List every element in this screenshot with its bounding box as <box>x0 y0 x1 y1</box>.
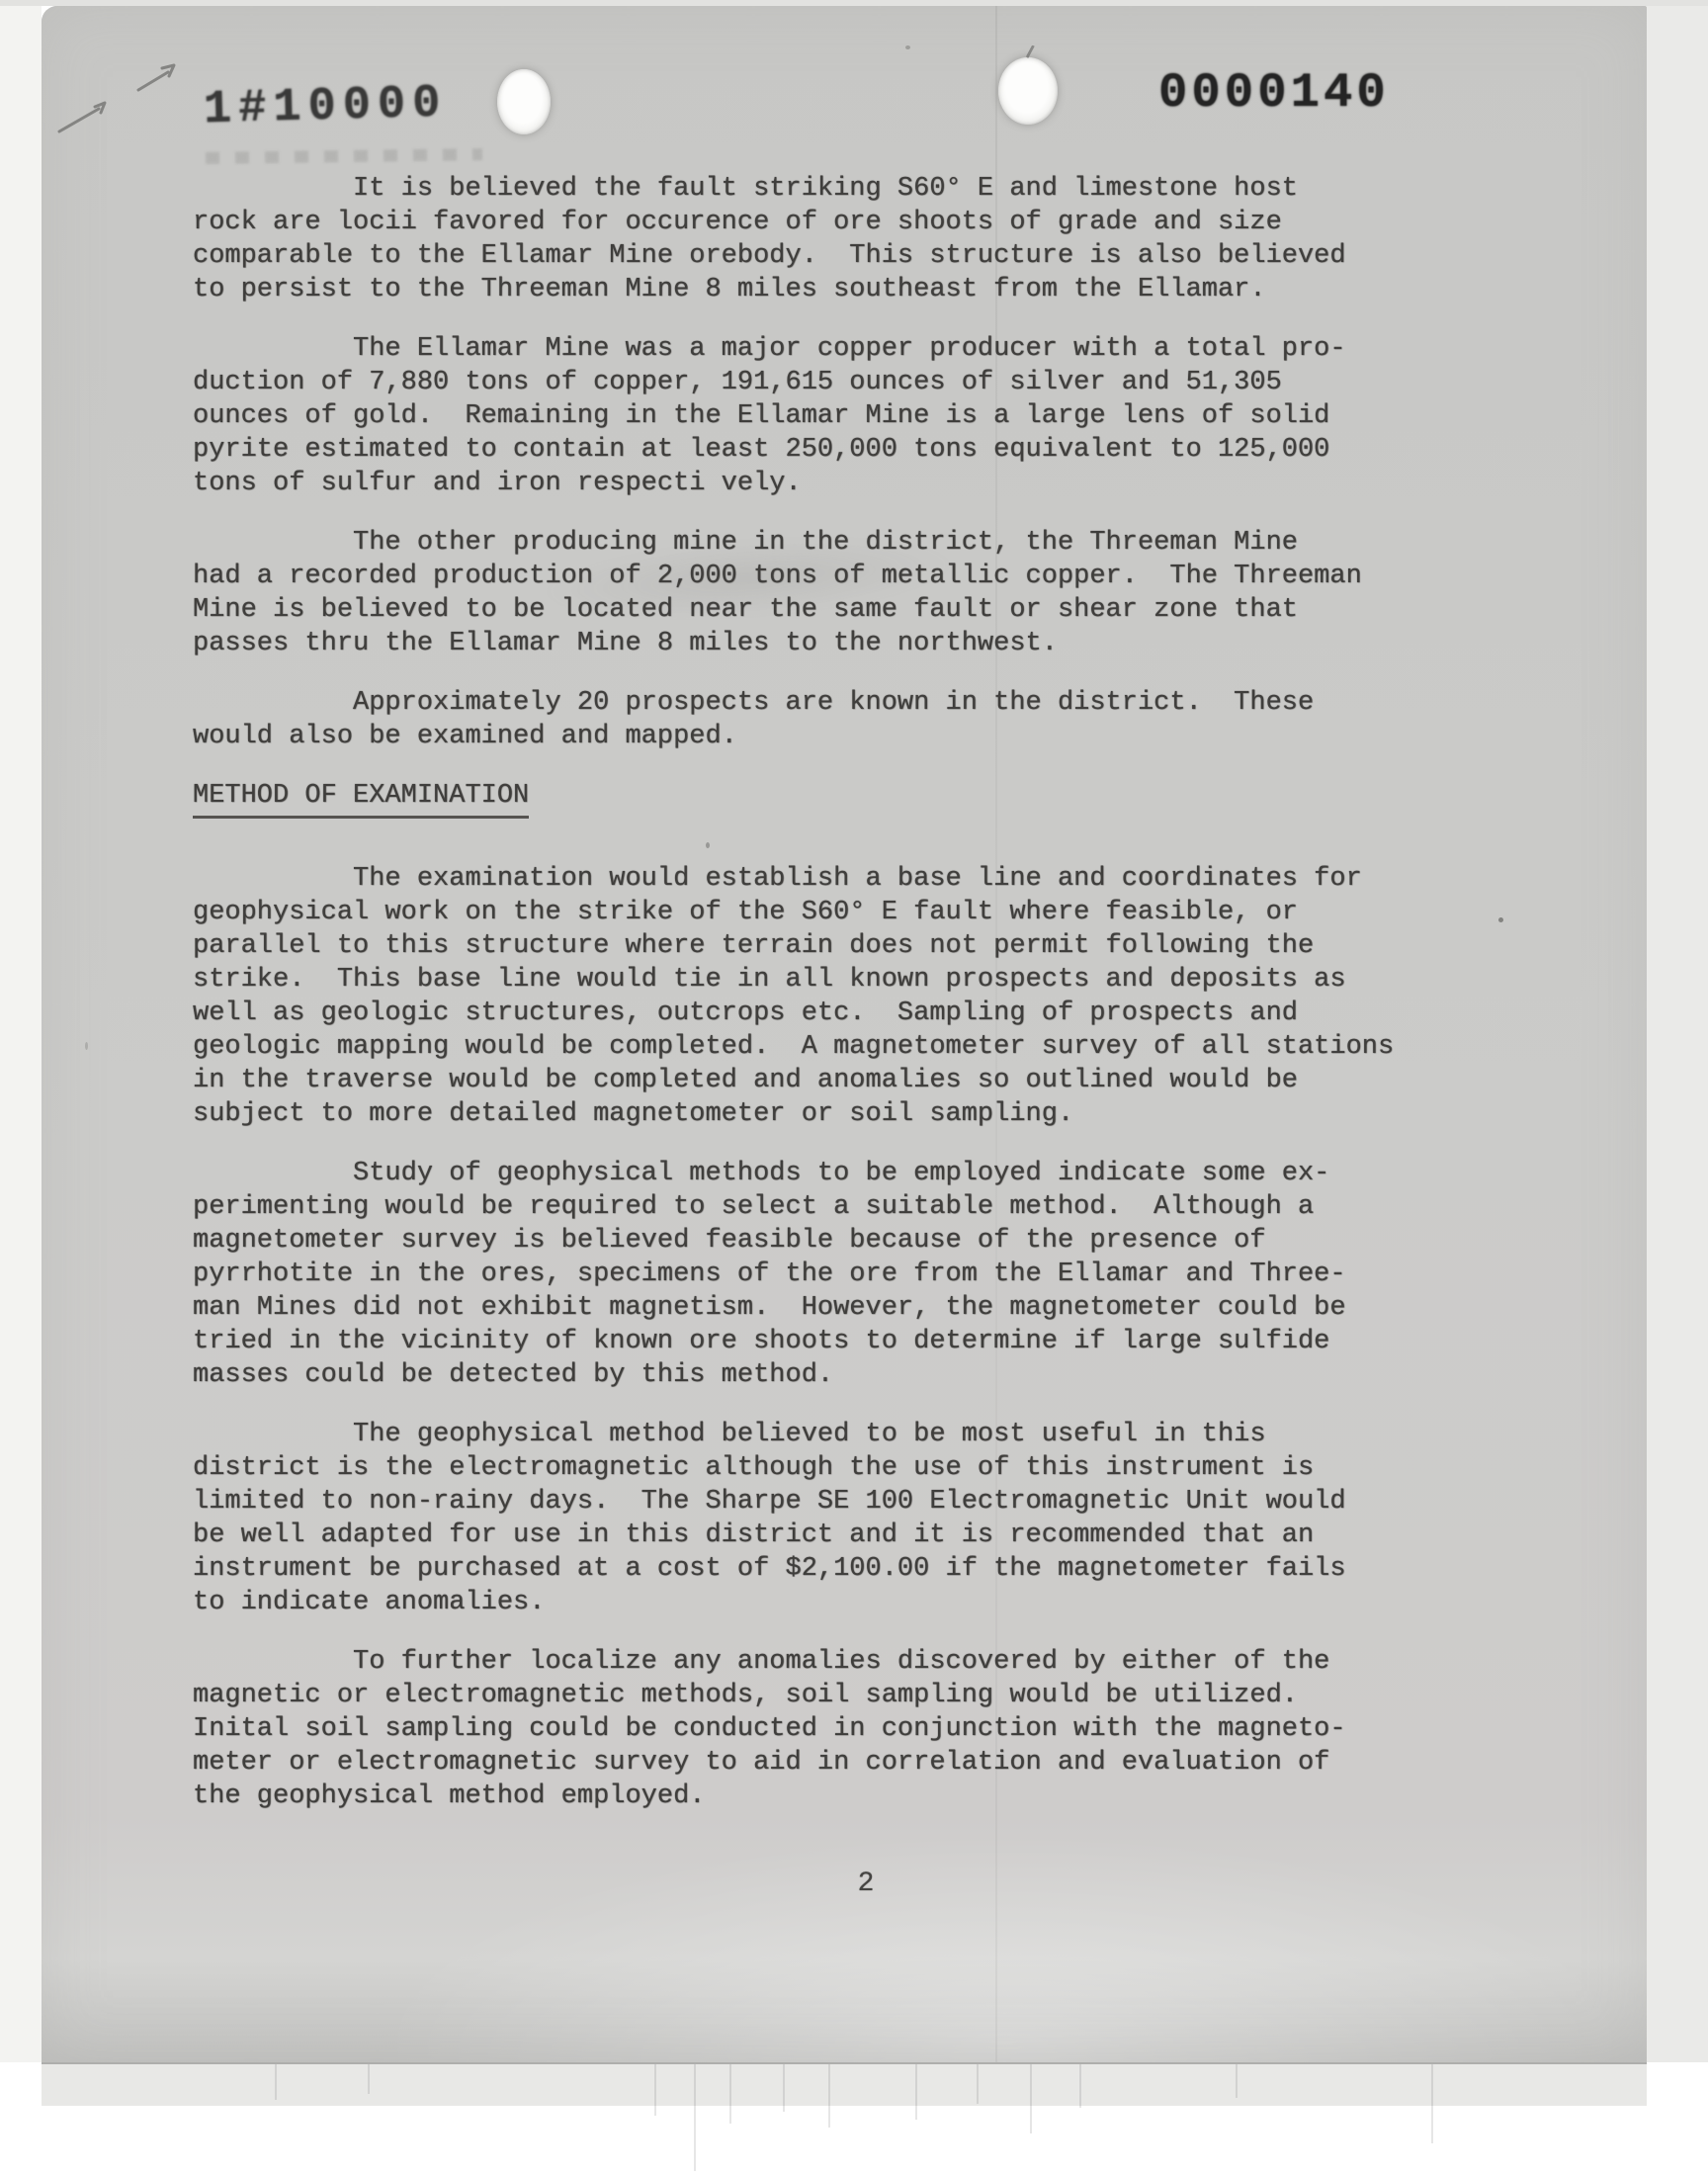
dust-speck <box>1498 917 1503 922</box>
punch-hole-left <box>497 69 551 134</box>
scan-streak <box>828 2064 830 2128</box>
paragraph-prospects: Approximately 20 prospects are known in … <box>193 686 1478 753</box>
scanner-margin-left <box>0 0 42 2175</box>
paragraph-soil-sampling: To further localize any anomalies discov… <box>193 1645 1478 1813</box>
scanner-margin-right <box>1647 0 1708 2175</box>
typed-text-column: It is believed the fault striking S60° E… <box>193 172 1478 1839</box>
scan-streak <box>1079 2064 1081 2108</box>
paragraph-geophysical-study: Study of geophysical methods to be emplo… <box>193 1157 1478 1392</box>
stamp-top-left: 1#10000 <box>203 78 448 137</box>
section-heading-method-of-examination: METHOD OF EXAMINATION <box>193 779 1478 819</box>
scan-streak <box>915 2064 917 2120</box>
scan-streak <box>1030 2064 1032 2133</box>
scan-streak <box>275 2064 277 2100</box>
scan-streak <box>654 2064 656 2116</box>
dust-speck <box>905 45 910 49</box>
punch-hole-right <box>998 57 1058 125</box>
paragraph-ellamar-production: The Ellamar Mine was a major copper prod… <box>193 332 1478 500</box>
scan-streak <box>368 2064 370 2094</box>
scan-streak <box>1431 2064 1433 2143</box>
scan-streak <box>1236 2064 1238 2098</box>
paragraph-examination-baseline: The examination would establish a base l… <box>193 862 1478 1131</box>
scanned-document-page: 1#10000 0000140 It is believed the fault… <box>0 0 1708 2175</box>
dust-speck <box>85 1042 88 1050</box>
pencil-scribble-mark <box>51 54 210 153</box>
paragraph-fault-strike: It is believed the fault striking S60° E… <box>193 172 1478 306</box>
scan-streak <box>783 2064 785 2112</box>
paper-bottom-shadow-band <box>42 2062 1647 2106</box>
scan-streak <box>729 2064 731 2124</box>
paragraph-threeman-mine: The other producing mine in the district… <box>193 526 1478 660</box>
heading-underlined-text: METHOD OF EXAMINATION <box>193 779 529 819</box>
paragraph-electromagnetic-unit: The geophysical method believed to be mo… <box>193 1418 1478 1619</box>
stamp-top-right: 0000140 <box>1158 65 1390 121</box>
scan-streak <box>694 2064 696 2171</box>
scan-streak <box>977 2064 979 2104</box>
page-number: 2 <box>816 1869 915 1899</box>
